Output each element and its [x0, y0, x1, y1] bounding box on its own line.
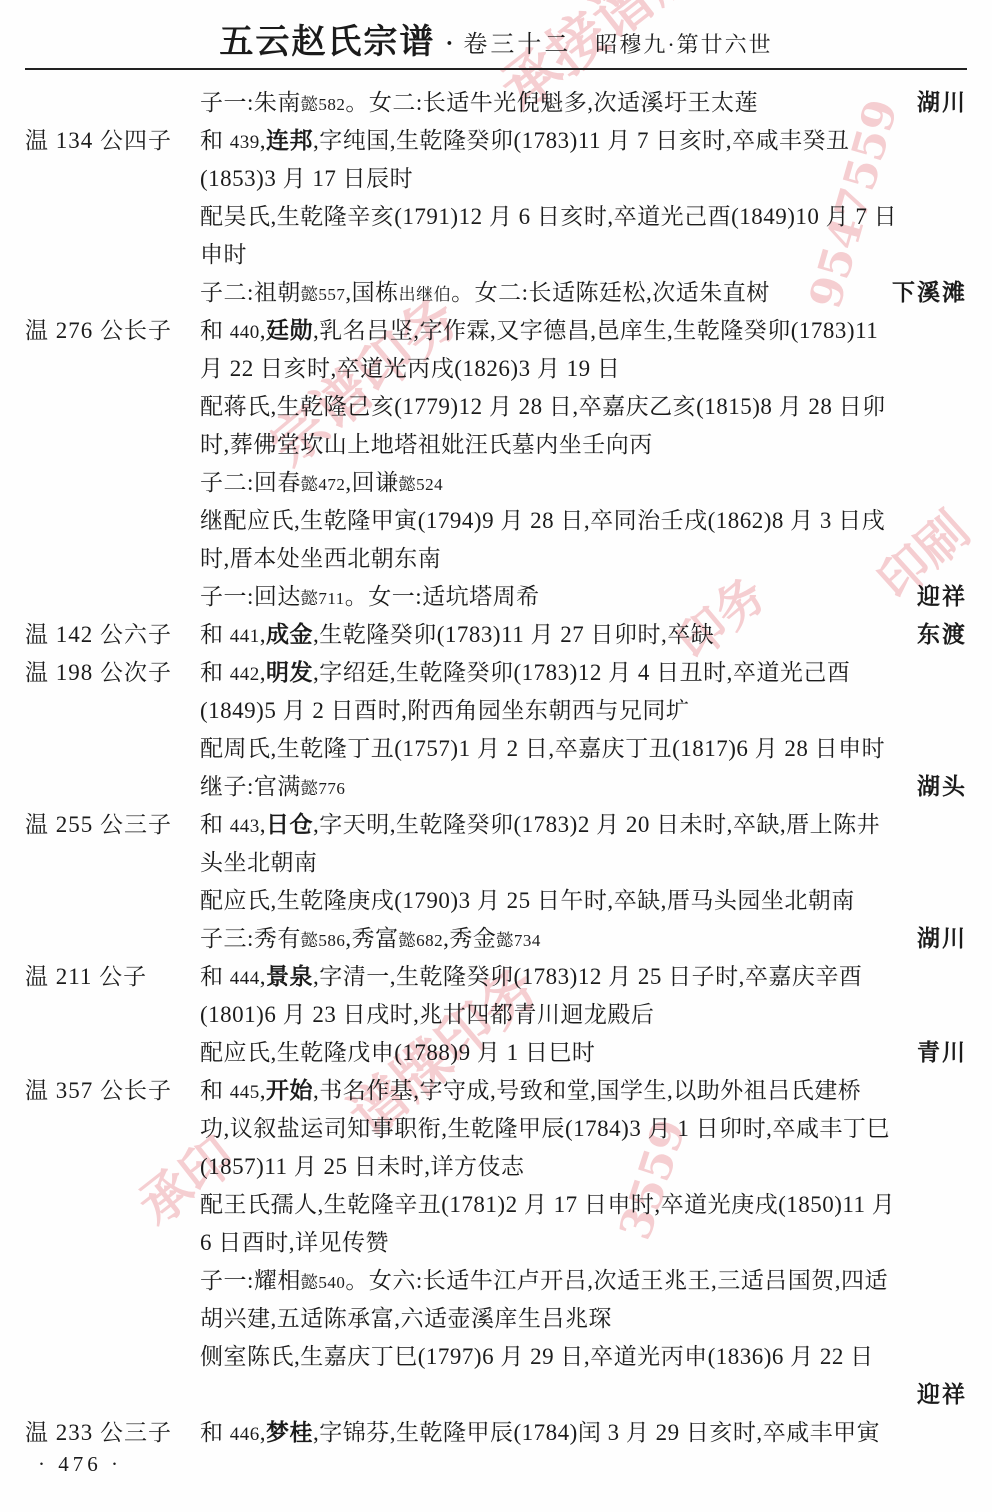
entry-text: 配王氏孺人,生乾隆辛丑(1781)2 月 17 日申时,卒道光庚戌(1850)1… — [200, 1186, 895, 1224]
text-segment: 6 日酉时,详见传赞 — [200, 1230, 389, 1255]
entry-row: 时,厝本处坐西北朝东南 — [0, 540, 992, 578]
text-segment: 懿586 — [301, 931, 346, 950]
text-segment: ,字天明,生乾隆癸卯(1783)2 月 20 日未时,卒缺,厝上陈井 — [313, 812, 880, 837]
entry-text: 子一:朱南懿582。女二:长适牛光倪魁多,次适溪圩王太莲 — [200, 84, 758, 124]
text-segment: ,字锦芬,生乾隆甲辰(1784)闰 3 月 29 日亥时,卒咸丰甲寅 — [313, 1420, 880, 1445]
entry-text: 功,议叙盐运司知事职衔,生乾隆甲辰(1784)3 月 1 日卯时,卒咸丰丁巳 — [200, 1110, 890, 1148]
title-separator: · — [445, 29, 453, 60]
entry-text: 子一:耀相懿540。女六:长适牛江卢开吕,次适王兆王,三适吕国贺,四适 — [200, 1262, 888, 1302]
entry-text: 和 441,成金,生乾隆癸卯(1783)11 月 27 日卯时,卒缺 — [200, 616, 714, 656]
text-segment: (1857)11 月 25 日未时,详方伎志 — [200, 1154, 524, 1179]
text-segment: 。女二:长适陈廷松,次适朱直树 — [451, 280, 770, 305]
text-segment: 子一:朱南 — [200, 90, 301, 115]
page-header: 五云赵氏宗谱 · 卷三十二 昭穆九·第廿六世 — [0, 0, 992, 60]
entry-row: 月 22 日亥时,卒道光丙戌(1826)3 月 19 日 — [0, 350, 992, 388]
entry-row: 温 357 公长子和 445,开始,书名作基,字守成,号致和堂,国学生,以助外祖… — [0, 1072, 992, 1110]
genealogy-page: 承接谱牒9547559宗谱印务印刷3559谱牒印务承印印务 五云赵氏宗谱 · 卷… — [0, 0, 992, 1512]
entry-text: 和 444,景泉,字清一,生乾隆癸卯(1783)12 月 25 日子时,卒嘉庆辛… — [200, 958, 862, 998]
text-segment: (1801)6 月 23 日戌时,兆廿四都青川迴龙殿后 — [200, 1002, 654, 1027]
text-segment: 子二:祖朝 — [200, 280, 301, 305]
text-segment: 配吴氏,生乾隆辛亥(1791)12 月 6 日亥时,卒道光己酉(1849)10 … — [200, 204, 897, 229]
entry-row: 温 255 公三子和 443,日仓,字天明,生乾隆癸卯(1783)2 月 20 … — [0, 806, 992, 844]
text-segment: 成金 — [266, 622, 313, 647]
entry-label: 温 255 公三子 — [25, 806, 200, 844]
text-segment: 懿682 — [399, 931, 444, 950]
text-segment: 442 — [230, 664, 260, 685]
text-segment: 444 — [230, 968, 260, 989]
text-segment: 头坐北朝南 — [200, 850, 318, 875]
text-segment: 时,葬佛堂坎山上地塔祖妣汪氏墓内坐壬向丙 — [200, 432, 653, 457]
text-segment: 配应氏,生乾隆戊申(1788)9 月 1 日巳时 — [200, 1040, 595, 1065]
entry-row: 继子:官满懿776湖头 — [0, 768, 992, 806]
entry-row: 温 134 公四子和 439,连邦,字纯国,生乾隆癸卯(1783)11 月 7 … — [0, 122, 992, 160]
text-segment: 懿472 — [301, 475, 346, 494]
text-segment: 胡兴建,五适陈承富,六适壶溪庠生吕兆琛 — [200, 1306, 612, 1331]
text-segment: 开始 — [266, 1078, 313, 1103]
entry-row: 温 211 公子和 444,景泉,字清一,生乾隆癸卯(1783)12 月 25 … — [0, 958, 992, 996]
text-segment: 懿540 — [301, 1273, 346, 1292]
page-number: · 476 · — [38, 1452, 122, 1476]
entry-text: 和 443,日仓,字天明,生乾隆癸卯(1783)2 月 20 日未时,卒缺,厝上… — [200, 806, 880, 846]
volume-label: 卷三十二 — [463, 30, 571, 60]
text-segment: 和 — [200, 660, 230, 685]
text-segment: 441 — [230, 626, 260, 647]
text-segment: 申时 — [200, 242, 247, 267]
entry-label: 温 142 公六子 — [25, 616, 200, 654]
text-segment: (1853)3 月 17 日辰时 — [200, 166, 413, 191]
entry-row: 温 198 公次子和 442,明发,字绍廷,生乾隆癸卯(1783)12 月 4 … — [0, 654, 992, 692]
entry-place: 下溪滩 — [892, 274, 967, 312]
text-segment: 439 — [230, 132, 260, 153]
entry-text: 申时 — [200, 236, 247, 274]
section-label: 昭穆九·第廿六世 — [595, 31, 772, 60]
entry-place: 湖头 — [917, 768, 967, 806]
entry-row: 时,葬佛堂坎山上地塔祖妣汪氏墓内坐壬向丙 — [0, 426, 992, 464]
text-segment: 子二:回春 — [200, 470, 301, 495]
text-segment: 子一:回达 — [200, 584, 301, 609]
entry-place: 湖川 — [917, 84, 967, 122]
entry-row: 配应氏,生乾隆戊申(1788)9 月 1 日巳时青川 — [0, 1034, 992, 1072]
entry-text: 时,厝本处坐西北朝东南 — [200, 540, 441, 578]
text-segment: 配应氏,生乾隆庚戌(1790)3 月 25 日午时,卒缺,厝马头园坐北朝南 — [200, 888, 855, 913]
entry-text: 子三:秀有懿586,秀富懿682,秀金懿734 — [200, 920, 541, 960]
text-segment: 时,厝本处坐西北朝东南 — [200, 546, 441, 571]
entry-row: 子二:祖朝懿557,国栋出继伯。女二:长适陈廷松,次适朱直树下溪滩 — [0, 274, 992, 312]
text-segment: (1849)5 月 2 日酉时,附西角园坐东朝西与兄同圹 — [200, 698, 689, 723]
text-segment: ,秀富 — [345, 926, 398, 951]
text-segment: 。女二:长适牛光倪魁多,次适溪圩王太莲 — [345, 90, 758, 115]
entry-label: 温 276 公长子 — [25, 312, 200, 350]
entry-row: 配周氏,生乾隆丁丑(1757)1 月 2 日,卒嘉庆丁丑(1817)6 月 28… — [0, 730, 992, 768]
text-segment: 梦桂 — [266, 1420, 313, 1445]
entry-label: 温 357 公长子 — [25, 1072, 200, 1110]
text-segment: 和 — [200, 128, 230, 153]
entry-text: 子二:回春懿472,回谦懿524 — [200, 464, 443, 504]
entry-text: 胡兴建,五适陈承富,六适壶溪庠生吕兆琛 — [200, 1300, 612, 1338]
entry-row: 子二:回春懿472,回谦懿524 — [0, 464, 992, 502]
text-segment: 继子:官满 — [200, 774, 301, 799]
entry-place: 青川 — [917, 1034, 967, 1072]
text-segment: 懿776 — [301, 779, 346, 798]
text-segment: 配王氏孺人,生乾隆辛丑(1781)2 月 17 日申时,卒道光庚戌(1850)1… — [200, 1192, 895, 1217]
entry-row: 温 233 公三子和 446,梦桂,字锦芬,生乾隆甲辰(1784)闰 3 月 2… — [0, 1414, 992, 1452]
entry-text: (1857)11 月 25 日未时,详方伎志 — [200, 1148, 524, 1186]
entry-row: 6 日酉时,详见传赞 — [0, 1224, 992, 1262]
text-segment: 443 — [230, 816, 260, 837]
entry-row: 子一:回达懿711。女一:适坑塔周希迎祥 — [0, 578, 992, 616]
entry-text: 头坐北朝南 — [200, 844, 318, 882]
entry-row: 功,议叙盐运司知事职衔,生乾隆甲辰(1784)3 月 1 日卯时,卒咸丰丁巳 — [0, 1110, 992, 1148]
text-segment: 和 — [200, 622, 230, 647]
book-title: 五云赵氏宗谱 — [219, 26, 435, 60]
text-segment: 和 — [200, 964, 230, 989]
text-segment: 配蒋氏,生乾隆己亥(1779)12 月 28 日,卒嘉庆乙亥(1815)8 月 … — [200, 394, 886, 419]
text-segment: 功,议叙盐运司知事职衔,生乾隆甲辰(1784)3 月 1 日卯时,卒咸丰丁巳 — [200, 1116, 890, 1141]
entry-row: 配应氏,生乾隆庚戌(1790)3 月 25 日午时,卒缺,厝马头园坐北朝南 — [0, 882, 992, 920]
entry-row: 头坐北朝南 — [0, 844, 992, 882]
entry-label: 温 211 公子 — [25, 958, 200, 996]
entry-row: 子一:耀相懿540。女六:长适牛江卢开吕,次适王兆王,三适吕国贺,四适 — [0, 1262, 992, 1300]
text-segment: ,国栋 — [345, 280, 398, 305]
text-segment: 懿524 — [399, 475, 444, 494]
genealogy-rows: 子一:朱南懿582。女二:长适牛光倪魁多,次适溪圩王太莲湖川温 134 公四子和… — [0, 84, 992, 1452]
text-segment: 日仓 — [266, 812, 313, 837]
entry-row: 侧室陈氏,生嘉庆丁巳(1797)6 月 29 日,卒道光丙申(1836)6 月 … — [0, 1338, 992, 1376]
entry-text: 和 445,开始,书名作基,字守成,号致和堂,国学生,以助外祖吕氏建桥 — [200, 1072, 861, 1112]
entry-text: 和 446,梦桂,字锦芬,生乾隆甲辰(1784)闰 3 月 29 日亥时,卒咸丰… — [200, 1414, 880, 1454]
entry-text: (1853)3 月 17 日辰时 — [200, 160, 413, 198]
entry-label: 温 233 公三子 — [25, 1414, 200, 1452]
entry-text: 子二:祖朝懿557,国栋出继伯。女二:长适陈廷松,次适朱直树 — [200, 274, 770, 314]
entry-text: 和 440,廷勋,乳名吕坚,字作霖,又字德昌,邑庠生,生乾隆癸卯(1783)11 — [200, 312, 878, 352]
text-segment: 配周氏,生乾隆丁丑(1757)1 月 2 日,卒嘉庆丁丑(1817)6 月 28… — [200, 736, 885, 761]
text-segment: ,书名作基,字守成,号致和堂,国学生,以助外祖吕氏建桥 — [313, 1078, 861, 1103]
entry-text: 配吴氏,生乾隆辛亥(1791)12 月 6 日亥时,卒道光己酉(1849)10 … — [200, 198, 897, 236]
entry-row: 配吴氏,生乾隆辛亥(1791)12 月 6 日亥时,卒道光己酉(1849)10 … — [0, 198, 992, 236]
entry-text: (1849)5 月 2 日酉时,附西角园坐东朝西与兄同圹 — [200, 692, 689, 730]
entry-text: (1801)6 月 23 日戌时,兆廿四都青川迴龙殿后 — [200, 996, 654, 1034]
text-segment: 懿557 — [301, 285, 346, 304]
text-segment: ,乳名吕坚,字作霖,又字德昌,邑庠生,生乾隆癸卯(1783)11 — [313, 318, 878, 343]
entry-row: 温 142 公六子和 441,成金,生乾隆癸卯(1783)11 月 27 日卯时… — [0, 616, 992, 654]
text-segment: 445 — [230, 1082, 260, 1103]
text-segment: 继配应氏,生乾隆甲寅(1794)9 月 28 日,卒同治壬戌(1862)8 月 … — [200, 508, 885, 533]
text-segment: 月 22 日亥时,卒道光丙戌(1826)3 月 19 日 — [200, 356, 620, 381]
entry-text: 月 22 日亥时,卒道光丙戌(1826)3 月 19 日 — [200, 350, 620, 388]
entry-place: 东渡 — [917, 616, 967, 654]
entry-text: 继子:官满懿776 — [200, 768, 345, 808]
entry-place: 迎祥 — [917, 1376, 967, 1414]
entry-row: (1857)11 月 25 日未时,详方伎志 — [0, 1148, 992, 1186]
text-segment: 子一:耀相 — [200, 1268, 301, 1293]
entry-row: 配蒋氏,生乾隆己亥(1779)12 月 28 日,卒嘉庆乙亥(1815)8 月 … — [0, 388, 992, 426]
text-segment: ,秀金 — [443, 926, 496, 951]
text-segment: ,字纯国,生乾隆癸卯(1783)11 月 7 日亥时,卒咸丰癸丑 — [313, 128, 849, 153]
text-segment: 子三:秀有 — [200, 926, 301, 951]
text-segment: 和 — [200, 1420, 230, 1445]
entry-label: 温 134 公四子 — [25, 122, 200, 160]
entry-place: 湖川 — [917, 920, 967, 958]
entry-row: 申时 — [0, 236, 992, 274]
entry-text: 6 日酉时,详见传赞 — [200, 1224, 389, 1262]
text-segment: 和 — [200, 1078, 230, 1103]
text-segment: 景泉 — [266, 964, 313, 989]
entry-text: 侧室陈氏,生嘉庆丁巳(1797)6 月 29 日,卒道光丙申(1836)6 月 … — [200, 1338, 874, 1376]
text-segment: ,字清一,生乾隆癸卯(1783)12 月 25 日子时,卒嘉庆辛酉 — [313, 964, 862, 989]
entry-row: 子三:秀有懿586,秀富懿682,秀金懿734湖川 — [0, 920, 992, 958]
text-segment: 明发 — [266, 660, 313, 685]
text-segment: ,生乾隆癸卯(1783)11 月 27 日卯时,卒缺 — [313, 622, 714, 647]
entry-text: 和 439,连邦,字纯国,生乾隆癸卯(1783)11 月 7 日亥时,卒咸丰癸丑 — [200, 122, 849, 162]
entry-row: 胡兴建,五适陈承富,六适壶溪庠生吕兆琛 — [0, 1300, 992, 1338]
text-segment: 。女六:长适牛江卢开吕,次适王兆王,三适吕国贺,四适 — [345, 1268, 888, 1293]
text-segment: 和 — [200, 318, 230, 343]
text-segment: 懿734 — [496, 931, 541, 950]
entry-text: 配应氏,生乾隆戊申(1788)9 月 1 日巳时 — [200, 1034, 595, 1072]
text-segment: 。女一:适坑塔周希 — [345, 584, 540, 609]
text-segment: 懿582 — [301, 95, 346, 114]
entry-row: (1849)5 月 2 日酉时,附西角园坐东朝西与兄同圹 — [0, 692, 992, 730]
text-segment: 连邦 — [266, 128, 313, 153]
text-segment: ,字绍廷,生乾隆癸卯(1783)12 月 4 日丑时,卒道光己酉 — [313, 660, 850, 685]
entry-row: 子一:朱南懿582。女二:长适牛光倪魁多,次适溪圩王太莲湖川 — [0, 84, 992, 122]
entry-row: (1853)3 月 17 日辰时 — [0, 160, 992, 198]
entry-row: 迎祥 — [0, 1376, 992, 1414]
text-segment: 446 — [230, 1424, 260, 1445]
entry-place: 迎祥 — [917, 578, 967, 616]
entry-text: 配应氏,生乾隆庚戌(1790)3 月 25 日午时,卒缺,厝马头园坐北朝南 — [200, 882, 855, 920]
entry-row: 配王氏孺人,生乾隆辛丑(1781)2 月 17 日申时,卒道光庚戌(1850)1… — [0, 1186, 992, 1224]
text-segment: 和 — [200, 812, 230, 837]
entry-text: 时,葬佛堂坎山上地塔祖妣汪氏墓内坐壬向丙 — [200, 426, 653, 464]
page-footer: · 476 · — [38, 1452, 122, 1477]
entry-text: 配蒋氏,生乾隆己亥(1779)12 月 28 日,卒嘉庆乙亥(1815)8 月 … — [200, 388, 886, 426]
entry-text: 和 442,明发,字绍廷,生乾隆癸卯(1783)12 月 4 日丑时,卒道光己酉 — [200, 654, 850, 694]
entry-text: 配周氏,生乾隆丁丑(1757)1 月 2 日,卒嘉庆丁丑(1817)6 月 28… — [200, 730, 885, 768]
text-segment: 侧室陈氏,生嘉庆丁巳(1797)6 月 29 日,卒道光丙申(1836)6 月 … — [200, 1344, 874, 1369]
entry-row: (1801)6 月 23 日戌时,兆廿四都青川迴龙殿后 — [0, 996, 992, 1034]
entry-label: 温 198 公次子 — [25, 654, 200, 692]
text-segment: ,回谦 — [345, 470, 398, 495]
text-segment: 出继伯 — [399, 285, 452, 304]
entry-row: 继配应氏,生乾隆甲寅(1794)9 月 28 日,卒同治壬戌(1862)8 月 … — [0, 502, 992, 540]
entry-text: 继配应氏,生乾隆甲寅(1794)9 月 28 日,卒同治壬戌(1862)8 月 … — [200, 502, 885, 540]
header-rule — [25, 68, 967, 70]
entry-row: 温 276 公长子和 440,廷勋,乳名吕坚,字作霖,又字德昌,邑庠生,生乾隆癸… — [0, 312, 992, 350]
text-segment: 懿711 — [301, 589, 345, 608]
text-segment: 440 — [230, 322, 260, 343]
text-segment: 廷勋 — [266, 318, 313, 343]
entry-text: 子一:回达懿711。女一:适坑塔周希 — [200, 578, 540, 618]
